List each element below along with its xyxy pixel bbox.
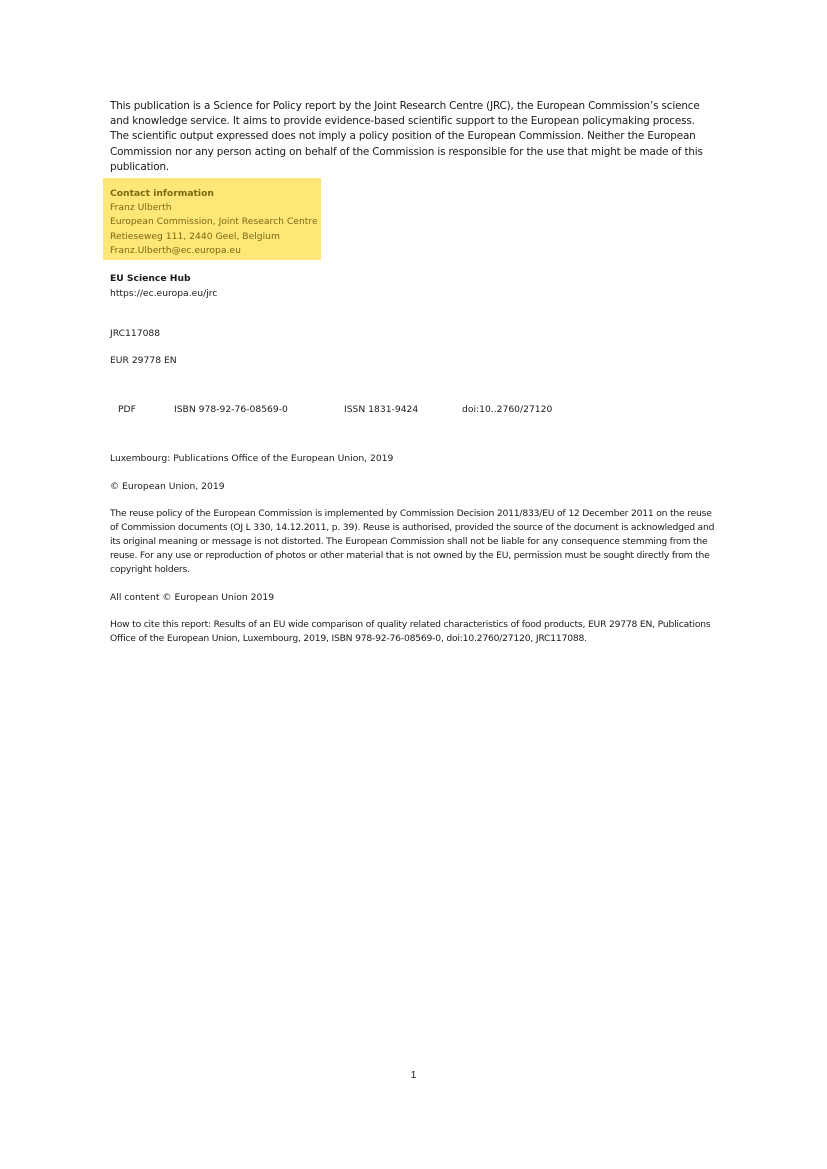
document-page: This publication is a Science for Policy… — [110, 99, 716, 175]
eu-science-hub: EU Science Hub https://ec.europa.eu/jrc — [110, 272, 217, 301]
hub-url[interactable]: https://ec.europa.eu/jrc — [110, 287, 217, 302]
citation-paragraph: How to cite this report: Results of an E… — [110, 618, 716, 646]
reuse-policy-paragraph: The reuse policy of the European Commiss… — [110, 507, 716, 577]
hub-title: EU Science Hub — [110, 272, 217, 287]
all-content-line: All content © European Union 2019 — [110, 592, 274, 604]
identifiers-row: PDF ISBN 978-92-76-08569-0 ISSN 1831-942… — [110, 404, 710, 418]
contact-organisation: European Commission, Joint Research Cent… — [110, 215, 314, 229]
format-label: PDF — [118, 404, 136, 416]
contact-email[interactable]: Franz.Ulberth@ec.europa.eu — [110, 244, 314, 258]
intro-paragraph: This publication is a Science for Policy… — [110, 99, 716, 175]
isbn: ISBN 978-92-76-08569-0 — [174, 404, 288, 416]
jrc-number: JRC117088 — [110, 328, 160, 340]
contact-title: Contact information — [110, 187, 314, 201]
page-number: 1 — [0, 1069, 827, 1081]
contact-information-box: Contact information Franz Ulberth Europe… — [103, 178, 321, 260]
copyright-line: © European Union, 2019 — [110, 481, 225, 493]
contact-address: Retieseweg 111, 2440 Geel, Belgium — [110, 230, 314, 244]
eur-number: EUR 29778 EN — [110, 355, 177, 367]
issn: ISSN 1831-9424 — [344, 404, 418, 416]
contact-name: Franz Ulberth — [110, 201, 314, 215]
publisher-line: Luxembourg: Publications Office of the E… — [110, 453, 393, 465]
doi: doi:10..2760/27120 — [462, 404, 552, 416]
